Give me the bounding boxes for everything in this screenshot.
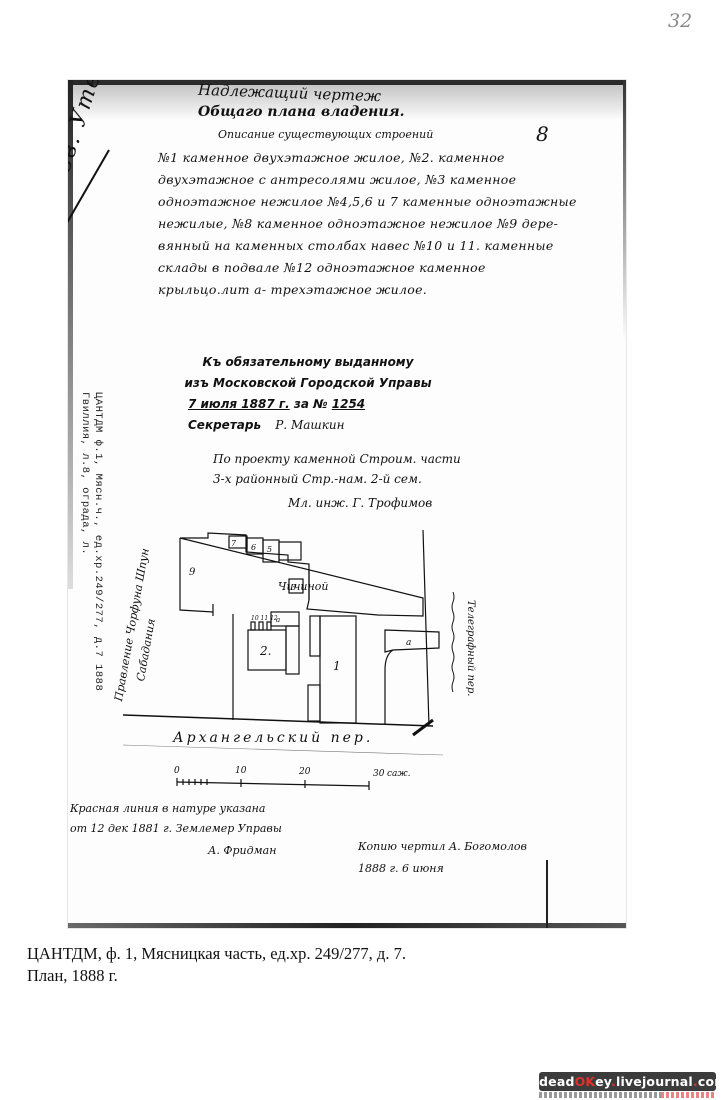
resolution-line: 3-х районный Стр.-нам. 2-й сем. [213, 472, 422, 486]
stamp-line1: Къ обязательному выданному [173, 352, 443, 373]
stamp-line3: 7 июля 1887 г. за № 1254 [173, 394, 443, 415]
svg-text:6: 6 [251, 543, 256, 552]
scale-tick-30: 30 [373, 769, 384, 779]
scale-tick-0: 0 [174, 766, 180, 776]
description-line: нежилые, №8 каменное одноэтажное нежилое… [158, 216, 558, 231]
stamp-secretary-signature: Р. Машкин [275, 418, 344, 432]
plan-east-label: Телеграфный пер. [465, 600, 476, 696]
stamp-number: 1254 [332, 397, 365, 411]
footnote-right-line: Копию чертил А. Богомолов [358, 840, 527, 853]
archival-document-scan: Дозв. Утвердить Надлежащий чертеж Общаго… [68, 80, 626, 928]
plan-north-label: Чичиной [278, 580, 328, 593]
description-line: №1 каменное двухэтажное жилое, №2. камен… [158, 150, 505, 165]
description-line: одноэтажное нежилое №4,5,6 и 7 каменные … [158, 194, 577, 209]
description-line: склады в подвале №12 одноэтажное каменно… [158, 260, 486, 275]
archive-page-number: 32 [668, 10, 692, 32]
scan-top-edge [68, 80, 626, 85]
scale-bar-graphic [173, 772, 373, 796]
document-page-mark: 8 [536, 122, 549, 146]
plan-street-label: Архангельский пер. [173, 730, 373, 746]
scale-tick-20: 20 [299, 767, 310, 777]
scan-right-edge [623, 80, 626, 340]
document-caption: ЦАНТДМ, ф. 1, Мясницкая часть, ед.хр. 24… [27, 943, 406, 987]
svg-text:7: 7 [231, 539, 237, 548]
livejournal-watermark: deadOKey.livejournal.com [539, 1072, 716, 1091]
stamp-secretary-label: Секретарь [188, 418, 261, 432]
side-stamp-line1: ЦАНТДМ ф.1, Мясн.ч., ед.хр.249/277, д.7 … [92, 392, 104, 691]
caption-line2: План, 1888 г. [27, 965, 406, 987]
svg-text:5: 5 [267, 545, 272, 554]
scan-bottom-edge [68, 923, 626, 928]
svg-text:1: 1 [333, 659, 341, 673]
watermark-text: dead [539, 1074, 575, 1089]
footnote-left-line: А. Фридман [208, 844, 276, 857]
scale-tick-10: 10 [235, 766, 246, 776]
description-line: вянный на каменных столбах навес №10 и 1… [158, 238, 554, 253]
stamp-date: 7 июля 1887 г. [188, 397, 290, 411]
footnote-left-line: Красная линия в натуре указана [70, 802, 266, 815]
stamp-line4: Секретарь Р. Машкин [173, 415, 443, 436]
scale-unit: саж. [387, 769, 411, 779]
watermark-text: ey [595, 1074, 611, 1089]
svg-text:10 11 12: 10 11 12 [251, 615, 278, 622]
document-subtitle: Описание существующих строений [218, 128, 433, 141]
svg-text:а: а [276, 616, 280, 624]
city-council-stamp: Къ обязательному выданному изъ Московско… [173, 352, 443, 436]
archive-side-stamp: ЦАНТДМ ф.1, Мясн.ч., ед.хр.249/277, д.7 … [78, 392, 104, 691]
watermark-text: com [698, 1074, 727, 1089]
watermark-text: livejournal [616, 1074, 693, 1089]
watermark-underline-strip [539, 1092, 716, 1098]
svg-text:2.: 2. [259, 644, 271, 658]
scan-fold-line [546, 860, 548, 928]
watermark-text-red: OK [575, 1074, 596, 1089]
description-line: крыльцо.лит а- трехэтажное жилое. [158, 282, 427, 297]
resolution-line: По проекту каменной Строим. части [213, 452, 461, 466]
stamp-number-label: за № [294, 397, 328, 411]
document-title-line2: Общаго плана владения. [198, 104, 405, 120]
side-stamp-line2: Гвиллия, л.8, ограда, л. [79, 392, 91, 555]
svg-text:9: 9 [189, 567, 196, 578]
plan-scale-bar: 0 10 20 30 саж. [173, 772, 373, 796]
footnote-left-line: от 12 дек 1881 г. Землемер Управы [70, 822, 282, 835]
stamp-line2: изъ Московской Городской Управы [173, 373, 443, 394]
footnote-right-line: 1888 г. 6 июня [358, 862, 444, 875]
resolution-line: Мл. инж. Г. Трофимов [288, 496, 432, 510]
description-line: двухэтажное с антресолями жилое, №3 каме… [158, 172, 516, 187]
svg-text:а: а [406, 638, 411, 648]
caption-line1: ЦАНТДМ, ф. 1, Мясницкая часть, ед.хр. 24… [27, 943, 406, 965]
